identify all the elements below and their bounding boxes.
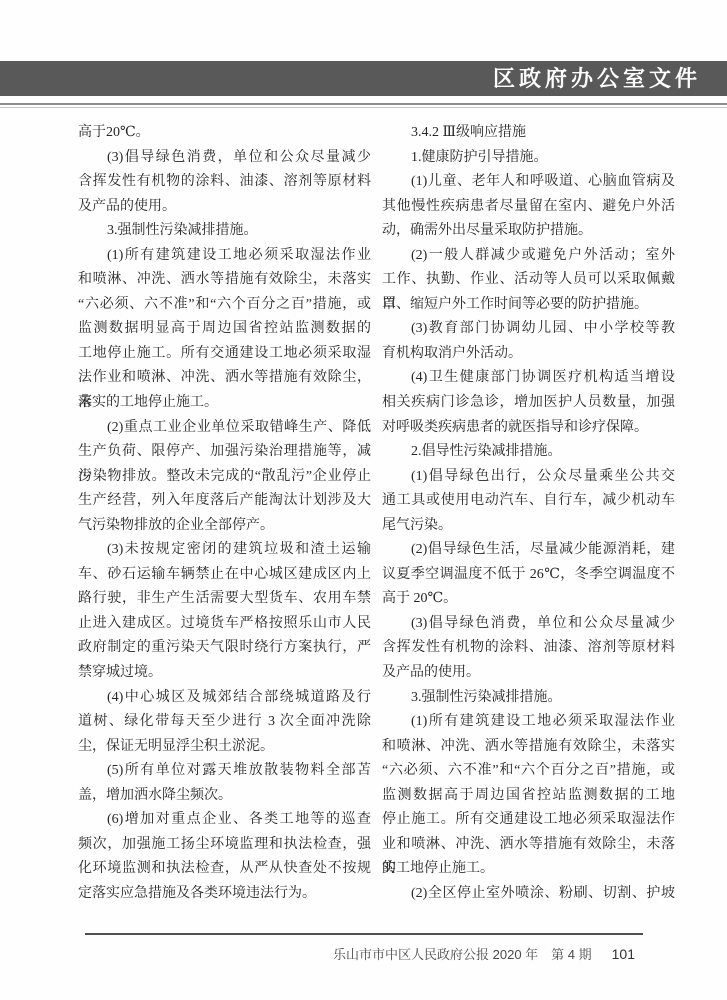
text-line: 罩、缩短户外工作时间等必要的防护措施。: [382, 293, 675, 318]
text-line: 止进入建成区。过境货车严格按照乐山市人民: [78, 612, 371, 637]
text-line: 动，确需外出尽量采取防护措施。: [382, 219, 675, 244]
text-line: 法作业和喷淋、冲洗、洒水等措施有效除尘，未: [78, 366, 371, 391]
text-line: 监测数据明显高于周边国省控站监测数据的: [78, 317, 371, 342]
text-line: (2)全区停止室外喷涂、粉刷、切割、护坡: [382, 882, 675, 907]
text-line: 尾气污染。: [382, 514, 675, 539]
text-line: 和喷淋、冲洗、洒水等措施有效除尘，未落实: [78, 268, 371, 293]
header-rule-thin: [0, 107, 727, 108]
header-rule-thick: [0, 103, 727, 105]
text-line: (3)未按规定密闭的建筑垃圾和渣土运输: [78, 538, 371, 563]
text-line: 定落实应急措施及各类环境违法行为。: [78, 882, 371, 907]
text-line: (2)倡导绿色生活，尽量减少能源消耗，建: [382, 538, 675, 563]
text-line: (3)倡导绿色消费，单位和公众尽量减少: [78, 146, 371, 171]
text-line: 3.强制性污染减排措施。: [382, 686, 675, 711]
text-line: 其他慢性疾病患者尽量留在室内、避免户外活: [382, 195, 675, 220]
text-line: (3)教育部门协调幼儿园、中小学校等教: [382, 317, 675, 342]
text-line: 污染物排放。整改未完成的“散乱污”企业停止: [78, 465, 371, 490]
text-line: 道树、绿化带每天至少进行 3 次全面冲洗除: [78, 710, 371, 735]
text-line: 和喷淋、冲洗、洒水等措施有效除尘，未落实: [382, 735, 675, 760]
text-column-left: 高于20℃。(3)倡导绿色消费，单位和公众尽量减少含挥发性有机物的涂料、油漆、溶…: [78, 121, 371, 907]
text-line: 业和喷淋、冲洗、洒水等措施有效除尘，未落实: [382, 833, 675, 858]
text-line: 禁穿城过境。: [78, 661, 371, 686]
text-line: “六必须、六不准”和“六个百分之百”措施，或: [382, 759, 675, 784]
text-line: (1)儿童、老年人和呼吸道、心脑血管病及: [382, 170, 675, 195]
text-line: 频次，加强施工扬尘环境监理和执法检查，强: [78, 833, 371, 858]
text-line: (6)增加对重点企业、各类工地等的巡查: [78, 808, 371, 833]
gazette-document-page: 区政府办公室文件 高于20℃。(3)倡导绿色消费，单位和公众尽量减少含挥发性有机…: [0, 0, 727, 1000]
text-line: “六必须、六不准”和“六个百分之百”措施，或: [78, 293, 371, 318]
header-bar: 区政府办公室文件: [0, 61, 727, 96]
text-line: 高于 20℃。: [382, 587, 675, 612]
text-line: 含挥发性有机物的涂料、油漆、溶剂等原材料: [78, 170, 371, 195]
text-line: 相关疾病门诊急诊，增加医护人员数量，加强: [382, 391, 675, 416]
text-line: 工作、执勤、作业、活动等人员可以采取佩戴口: [382, 268, 675, 293]
text-line: 通工具或使用电动汽车、自行车，减少机动车: [382, 489, 675, 514]
gazette-title: 乐山市市中区人民政府公报 2020 年 第 4 期: [333, 947, 592, 962]
text-line: 对呼吸类疾病患者的就医指导和诊疗保障。: [382, 416, 675, 441]
body-columns: 高于20℃。(3)倡导绿色消费，单位和公众尽量减少含挥发性有机物的涂料、油漆、溶…: [78, 121, 675, 907]
text-line: (4)卫生健康部门协调医疗机构适当增设: [382, 366, 675, 391]
text-column-right: 3.4.2 Ⅲ级响应措施1.健康防护引导措施。(1)儿童、老年人和呼吸道、心脑血…: [382, 121, 675, 907]
text-line: 停止施工。所有交通建设工地必须采取湿法作: [382, 808, 675, 833]
text-line: (2)重点工业企业单位采取错峰生产、降低: [78, 416, 371, 441]
text-line: 含挥发性有机物的涂料、油漆、溶剂等原材料: [382, 636, 675, 661]
page-number: 101: [612, 946, 635, 962]
text-line: (5)所有单位对露天堆放散装物料全部苫: [78, 759, 371, 784]
text-line: 路行驶，非生产生活需要大型货车、农用车禁: [78, 587, 371, 612]
text-line: 高于20℃。: [78, 121, 371, 146]
text-line: (4)中心城区及城郊结合部绕城道路及行: [78, 686, 371, 711]
text-line: (2)一般人群减少或避免户外活动；室外: [382, 244, 675, 269]
text-line: (1)倡导绿色出行，公众尽量乘坐公共交: [382, 465, 675, 490]
text-line: 3.4.2 Ⅲ级响应措施: [382, 121, 675, 146]
text-line: (1)所有建筑建设工地必须采取湿法作业: [78, 244, 371, 269]
text-line: 3.强制性污染减排措施。: [78, 219, 371, 244]
text-line: 育机构取消户外活动。: [382, 342, 675, 367]
text-line: 落实的工地停止施工。: [78, 391, 371, 416]
text-line: 1.健康防护引导措施。: [382, 146, 675, 171]
text-line: 车、砂石运输车辆禁止在中心城区建成区内上: [78, 563, 371, 588]
text-line: 及产品的使用。: [382, 661, 675, 686]
text-line: (1)所有建筑建设工地必须采取湿法作业: [382, 710, 675, 735]
text-line: 尘，保证无明显浮尘积土淤泥。: [78, 735, 371, 760]
text-line: 化环境监测和执法检查，从严从快查处不按规: [78, 857, 371, 882]
text-line: 议夏季空调温度不低于 26℃，冬季空调温度不: [382, 563, 675, 588]
header-title: 区政府办公室文件: [493, 61, 727, 96]
text-line: 监测数据高于周边国省控站监测数据的工地: [382, 784, 675, 809]
text-line: 生产负荷、限停产、加强污染治理措施等，减少: [78, 440, 371, 465]
text-line: 的工地停止施工。: [382, 857, 675, 882]
text-line: 生产经营，列入年度落后产能淘汰计划涉及大: [78, 489, 371, 514]
text-line: 及产品的使用。: [78, 195, 371, 220]
text-line: (3)倡导绿色消费，单位和公众尽量减少: [382, 612, 675, 637]
text-line: 2.倡导性污染减排措施。: [382, 440, 675, 465]
text-line: 政府制定的重污染天气限时绕行方案执行，严: [78, 636, 371, 661]
footer-rule: [85, 933, 643, 935]
text-line: 盖，增加洒水降尘频次。: [78, 784, 371, 809]
text-line: 气污染物排放的企业全部停产。: [78, 514, 371, 539]
text-line: 工地停止施工。所有交通建设工地必须采取湿: [78, 342, 371, 367]
page-footer: 乐山市市中区人民政府公报 2020 年 第 4 期101: [85, 944, 643, 965]
